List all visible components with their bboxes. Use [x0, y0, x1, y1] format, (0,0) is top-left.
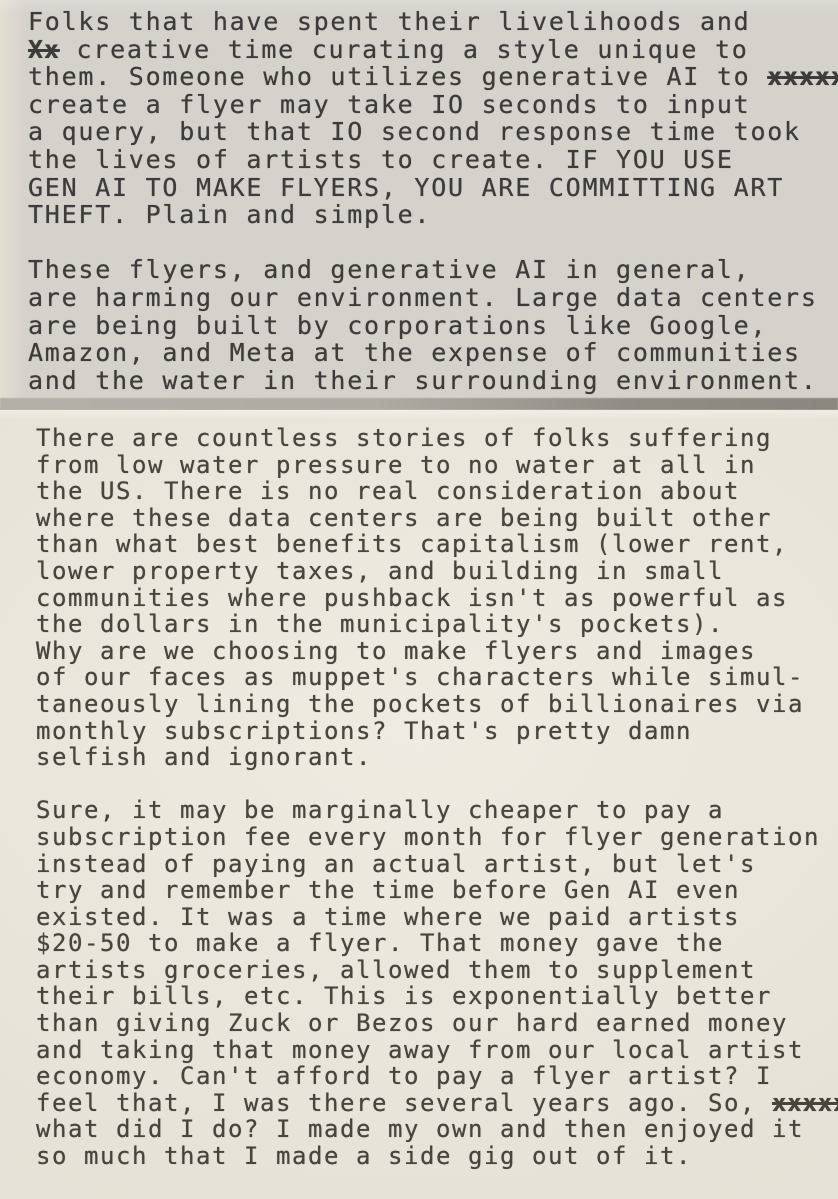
- text-line: the dollars in the municipality's pocket…: [36, 611, 838, 638]
- text-line: selfish and ignorant.: [36, 744, 838, 771]
- text-segment: their bills, etc. This is exponentially …: [36, 982, 772, 1010]
- text-segment: Amazon, and Meta at the expense of commu…: [28, 338, 801, 367]
- text-line: subscription fee every month for flyer g…: [36, 824, 838, 851]
- text-line: communities where pushback isn't as powe…: [36, 585, 838, 612]
- text-line: their bills, etc. This is exponentially …: [36, 983, 838, 1010]
- text-line: $20-50 to make a flyer. That money gave …: [36, 930, 838, 957]
- text-line: from low water pressure to no water at a…: [36, 452, 838, 479]
- text-segment: where these data centers are being built…: [36, 504, 772, 532]
- text-segment: Sure, it may be marginally cheaper to pa…: [36, 796, 724, 824]
- struck-out-text: Xx: [28, 35, 60, 64]
- text-line: Amazon, and Meta at the expense of commu…: [28, 339, 838, 367]
- text-line: try and remember the time before Gen AI …: [36, 877, 838, 904]
- text-segment: try and remember the time before Gen AI …: [36, 876, 740, 904]
- text-segment: a query, but that IO second response tim…: [28, 117, 801, 146]
- text-line: taneously lining the pockets of billiona…: [36, 691, 838, 718]
- text-segment: are being built by corporations like Goo…: [28, 311, 767, 340]
- text-segment: economy. Can't afford to pay a flyer art…: [36, 1062, 772, 1090]
- text-segment: create a flyer may take IO seconds to in…: [28, 90, 750, 119]
- paragraph: Folks that have spent their livelihoods …: [28, 8, 838, 229]
- text-line: create a flyer may take IO seconds to in…: [28, 91, 838, 119]
- text-segment: lower property taxes, and building in sm…: [36, 557, 724, 585]
- text-segment: Why are we choosing to make flyers and i…: [36, 637, 756, 665]
- text-segment: $20-50 to make a flyer. That money gave …: [36, 929, 724, 957]
- text-segment: than giving Zuck or Bezos our hard earne…: [36, 1009, 788, 1037]
- text-segment: the US. There is no real consideration a…: [36, 477, 740, 505]
- text-line: There are countless stories of folks suf…: [36, 425, 838, 452]
- text-line: These flyers, and generative AI in gener…: [28, 256, 838, 284]
- text-segment: than what best benefits capitalism (lowe…: [36, 530, 788, 558]
- text-segment: communities where pushback isn't as powe…: [36, 584, 788, 612]
- text-segment: so much that I made a side gig out of it…: [36, 1142, 692, 1170]
- text-line: instead of paying an actual artist, but …: [36, 851, 838, 878]
- text-line: where these data centers are being built…: [36, 505, 838, 532]
- text-segment: creative time curating a style unique to: [60, 35, 749, 64]
- text-line: feel that, I was there several years ago…: [36, 1090, 838, 1117]
- text-segment: what did I do? I made my own and then en…: [36, 1115, 804, 1143]
- text-line: GEN AI TO MAKE FLYERS, YOU ARE COMMITTIN…: [28, 174, 838, 202]
- struck-out-text: xxxxxx: [767, 62, 838, 91]
- text-line: than what best benefits capitalism (lowe…: [36, 531, 838, 558]
- typewritten-letter-photo: Folks that have spent their livelihoods …: [0, 0, 838, 1199]
- struck-out-text: xxxxx: [772, 1089, 838, 1117]
- text-segment: monthly subscriptions? That's pretty dam…: [36, 717, 692, 745]
- text-line: Xx creative time curating a style unique…: [28, 36, 838, 64]
- text-line: THEFT. Plain and simple.: [28, 201, 838, 229]
- text-line: so much that I made a side gig out of it…: [36, 1143, 838, 1170]
- text-line: the lives of artists to create. IF YOU U…: [28, 146, 838, 174]
- paragraph: These flyers, and generative AI in gener…: [28, 256, 838, 394]
- text-line: Why are we choosing to make flyers and i…: [36, 638, 838, 665]
- text-segment: existed. It was a time where we paid art…: [36, 903, 740, 931]
- typewritten-text-bottom: There are countless stories of folks suf…: [36, 425, 838, 1170]
- text-segment: There are countless stories of folks suf…: [36, 424, 772, 452]
- text-segment: of our faces as muppet's characters whil…: [36, 663, 804, 691]
- text-segment: and taking that money away from our loca…: [36, 1036, 804, 1064]
- text-segment: and the water in their surrounding envir…: [28, 366, 818, 395]
- paragraph: Sure, it may be marginally cheaper to pa…: [36, 797, 838, 1169]
- text-line: are harming our environment. Large data …: [28, 284, 838, 312]
- text-segment: selfish and ignorant.: [36, 743, 372, 771]
- text-segment: subscription fee every month for flyer g…: [36, 823, 820, 851]
- text-line: monthly subscriptions? That's pretty dam…: [36, 718, 838, 745]
- text-line: are being built by corporations like Goo…: [28, 312, 838, 340]
- text-segment: instead of paying an actual artist, but …: [36, 850, 756, 878]
- page-segment-bottom: There are countless stories of folks suf…: [0, 410, 838, 1199]
- text-line: them. Someone who utilizes generative AI…: [28, 63, 838, 91]
- text-line: lower property taxes, and building in sm…: [36, 558, 838, 585]
- text-line: the US. There is no real consideration a…: [36, 478, 838, 505]
- text-segment: feel that, I was there several years ago…: [36, 1089, 772, 1117]
- text-segment: Folks that have spent their livelihoods …: [28, 7, 750, 36]
- text-line: existed. It was a time where we paid art…: [36, 904, 838, 931]
- text-line: of our faces as muppet's characters whil…: [36, 664, 838, 691]
- photo-seam-shadow: [0, 398, 838, 410]
- text-line: a query, but that IO second response tim…: [28, 118, 838, 146]
- text-segment: artists groceries, allowed them to suppl…: [36, 956, 756, 984]
- text-line: Folks that have spent their livelihoods …: [28, 8, 838, 36]
- text-segment: the lives of artists to create. IF YOU U…: [28, 145, 734, 174]
- text-line: than giving Zuck or Bezos our hard earne…: [36, 1010, 838, 1037]
- text-segment: THEFT. Plain and simple.: [28, 200, 431, 229]
- page-segment-top: Folks that have spent their livelihoods …: [0, 0, 838, 408]
- text-segment: the dollars in the municipality's pocket…: [36, 610, 724, 638]
- text-line: what did I do? I made my own and then en…: [36, 1116, 838, 1143]
- text-line: and the water in their surrounding envir…: [28, 367, 838, 395]
- text-segment: from low water pressure to no water at a…: [36, 451, 756, 479]
- text-line: economy. Can't afford to pay a flyer art…: [36, 1063, 838, 1090]
- text-segment: GEN AI TO MAKE FLYERS, YOU ARE COMMITTIN…: [28, 173, 784, 202]
- typewritten-text-top: Folks that have spent their livelihoods …: [28, 8, 838, 394]
- text-segment: are harming our environment. Large data …: [28, 283, 818, 312]
- text-line: Sure, it may be marginally cheaper to pa…: [36, 797, 838, 824]
- text-segment: These flyers, and generative AI in gener…: [28, 255, 750, 284]
- text-line: artists groceries, allowed them to suppl…: [36, 957, 838, 984]
- text-segment: taneously lining the pockets of billiona…: [36, 690, 804, 718]
- text-line: and taking that money away from our loca…: [36, 1037, 838, 1064]
- paragraph: There are countless stories of folks suf…: [36, 425, 838, 771]
- text-segment: them. Someone who utilizes generative AI…: [28, 62, 767, 91]
